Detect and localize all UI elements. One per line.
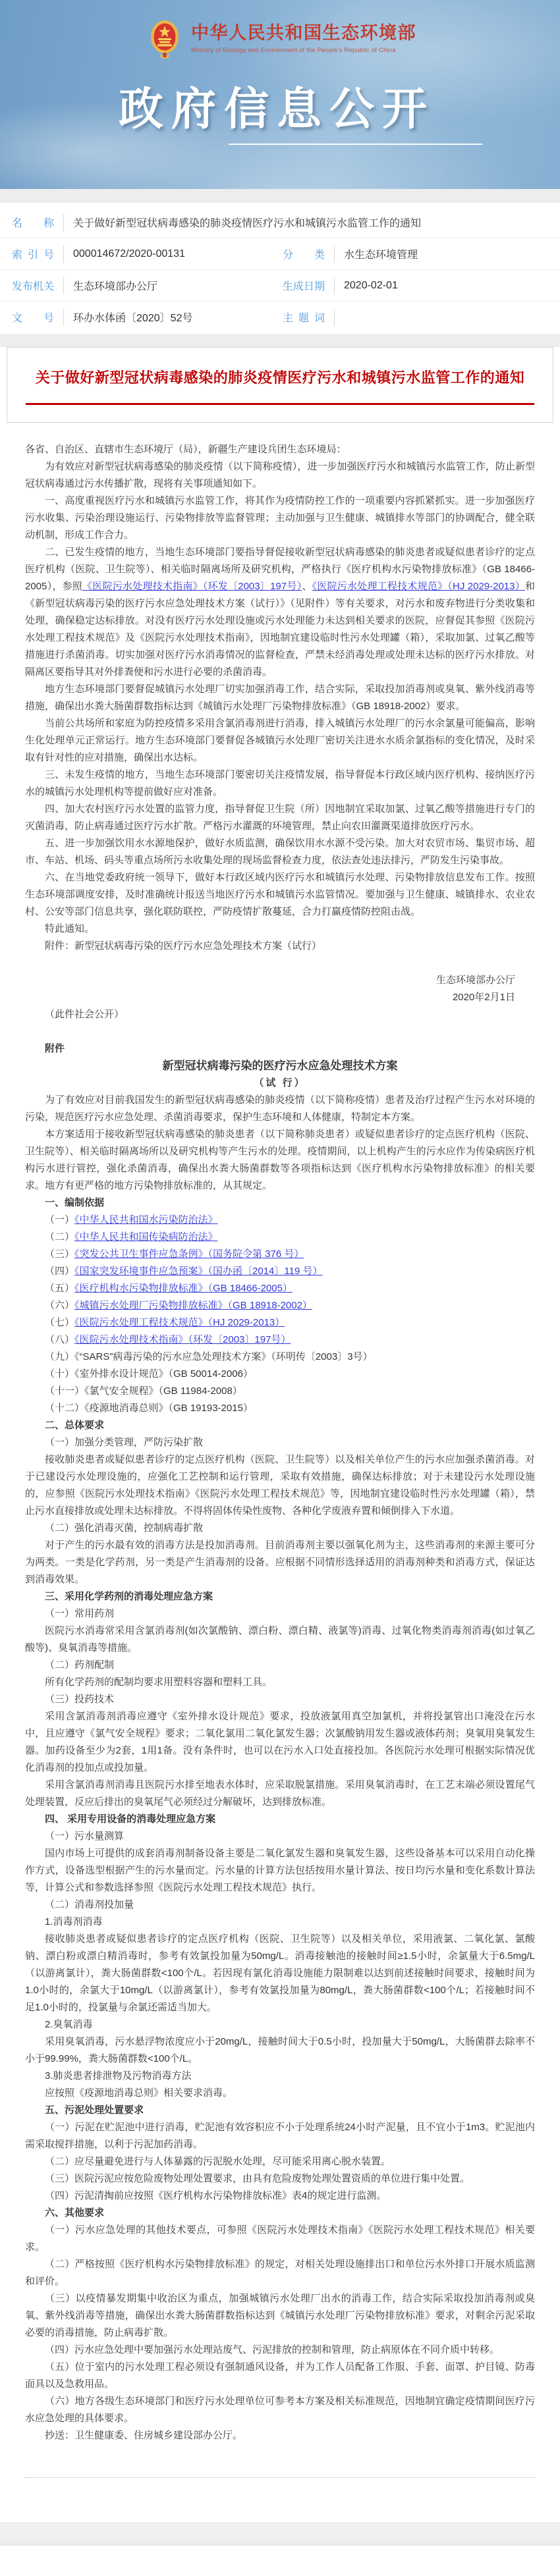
text-run: （六） (45, 1300, 74, 1311)
meta-label-issuer: 发布机关 (12, 278, 63, 293)
paragraph: （二）药剂配制 (25, 1657, 535, 1674)
text-run: （三）以疫情暴发期集中收治区为重点，加强城镇污水处理厂出水的消毒工作，结合实际采… (25, 2293, 535, 2338)
text-run: 地方生态环境部门要督促城镇污水处理厂切实加强消毒工作，结合实际，采取投加消毒剂或… (25, 684, 535, 712)
meta-row-name: 名称 关于做好新型冠状病毒感染的肺炎疫情医疗污水和城镇污水监管工作的通知 (0, 207, 560, 238)
doc-heading: 六、其他要求 (25, 2205, 535, 2222)
paragraph: （四）污水应急处理中要加强污水处理站废气、污泥排放的控制和管理，防止病原体在不同… (25, 2342, 535, 2359)
meta-label-date: 生成日期 (283, 278, 334, 293)
text-run: 和《新型冠状病毒污染的医疗污水应急处理技术方案（试行）》（见附件）等有关要求，对… (25, 581, 535, 678)
text-run: 五、进一步加强饮用水水源地保护，做好水质监测，确保饮用水水源不受污染。加大对农贸… (25, 838, 535, 866)
text-run: （一）污泥在贮泥池中进行消毒，贮泥池有效容积应不小于处理系统24小时产泥量，且不… (25, 2122, 535, 2150)
document-link[interactable]: 《城镇污水处理厂污染物排放标准》（GB 18918-2002） (74, 1300, 312, 1311)
paragraph: （一）常用药剂 (25, 1605, 535, 1623)
page-footer (0, 2523, 560, 2546)
meta-vertical-divider (63, 309, 64, 326)
doc-heading: 五、污泥处理处置要求 (25, 2102, 535, 2119)
text-run: 附件 (45, 1043, 65, 1054)
paragraph: （十一）《氯气安全规程》（GB 11984-2008） (25, 1383, 535, 1400)
paragraph: 2.臭氧消毒 (25, 2016, 535, 2033)
meta-vertical-divider (63, 214, 64, 231)
meta-value-name: 关于做好新型冠状病毒感染的肺炎疫情医疗污水和城镇污水监管工作的通知 (73, 215, 560, 230)
text-run: （四）污水应急处理中要加强污水处理站废气、污泥排放的控制和管理，防止病原体在不同… (45, 2344, 499, 2355)
text-run: 特此通知。 (45, 923, 94, 934)
text-run: 生态环境部办公厅 (436, 975, 515, 986)
text-run: （十二）《疫源地消毒总则》（GB 19193-2015） (45, 1403, 253, 1414)
meta-value-docno: 环办水体函〔2020〕52号 (73, 309, 283, 325)
text-run: 三、采用化学药剂的消毒处理应急方案 (45, 1591, 213, 1602)
paragraph: 国内市场上可提供的成套消毒剂制备设备主要是二氧化氯发生器和臭氧发生器，这些设备基… (25, 1845, 535, 1896)
document-link[interactable]: 《医院污水处理工程技术规范》（HJ 2029-2013） (312, 581, 525, 592)
paragraph: （四）污泥清掏前应按照《医疗机构水污染物排放标准》表4的规定进行监测。 (25, 2187, 535, 2205)
paragraph: 地方生态环境部门要督促城镇污水处理厂切实加强消毒工作，结合实际，采取投加消毒剂或… (25, 681, 535, 715)
meta-table: 名称 关于做好新型冠状病毒感染的肺炎疫情医疗污水和城镇污水监管工作的通知 索引号… (0, 203, 560, 334)
paragraph: 本方案适用于接收新型冠状病毒感染的肺炎患者（以下简称肺炎患者）或疑似患者诊疗的定… (25, 1126, 535, 1194)
meta-vertical-divider (334, 246, 335, 263)
paragraph: 特此通知。 (25, 921, 535, 938)
text-run: （十）《室外排水设计规范》（GB 50014-2006） (45, 1368, 253, 1380)
text-run: 一、高度重视医疗污水和城镇污水监管工作，将其作为疫情防控工作的一项重要内容抓紧抓… (25, 495, 535, 541)
paragraph: 六、在当地党委政府统一领导下，做好本行政区域内医疗污水和城镇污水处理、污染物排放… (25, 869, 535, 921)
paragraph: （十）《室外排水设计规范》（GB 50014-2006） (25, 1366, 535, 1383)
page: 中华人民共和国生态环境部 Ministry of Ecology and Env… (0, 0, 560, 2546)
text-run: （二）消毒剂投加量 (45, 1899, 134, 1910)
text-run: 对于产生的污水最有效的消毒方法是投加消毒剂。目前消毒剂主要以强氧化剂为主，这些消… (25, 1540, 535, 1585)
cc-line: 抄送：卫生健康委、住房城乡建设部办公厅。 (25, 2427, 535, 2444)
meta-row-index: 索引号 000014672/2020-00131 分类 水生态环境管理 (0, 238, 560, 270)
text-run: （试 行） (254, 1077, 306, 1088)
paragraph: 对于产生的污水最有效的消毒方法是投加消毒剂。目前消毒剂主要以强氧化剂为主，这些消… (25, 1537, 535, 1588)
paragraph: 采用含氯消毒剂消毒应遵守《室外排水设计规范》要求，投放液氯用真空加氯机，并将投氯… (25, 1708, 535, 1777)
brand-text: 中华人民共和国生态环境部 Ministry of Ecology and Env… (191, 20, 416, 54)
paragraph: 接收肺炎患者或疑似患者诊疗的定点医疗机构（医院、卫生院等）以及相关单位，采用液氯… (25, 1931, 535, 2016)
text-run: （三）医院污泥应按危险废物处理处置要求，由具有危险废物处理处置资质的单位进行集中… (45, 2173, 470, 2184)
doc-heading: 一、编制依据 (25, 1194, 535, 1212)
text-run: 应按照《疫源地消毒总则》相关要求消毒。 (45, 2087, 233, 2099)
document-link[interactable]: 《医疗机构水污染物排放标准》（GB 18466-2005） (74, 1283, 293, 1294)
text-run: （十一）《氯气安全规程》（GB 11984-2008） (45, 1385, 242, 1397)
text-run: （三）投药技术 (45, 1694, 114, 1705)
text-run: 附件：新型冠状病毒污染的医疗污水应急处理技术方案（试行） (45, 940, 322, 952)
text-run: （七） (45, 1317, 74, 1328)
meta-value-category: 水生态环境管理 (344, 246, 560, 261)
meta-value-date: 2020-02-01 (344, 280, 560, 292)
paragraph: （九）《“SARS”病毒污染的污水应急处理技术方案》（环明传〔2003〕3号） (25, 1349, 535, 1366)
paragraph: （三）医院污泥应按危险废物处理处置要求，由具有危险废物处理处置资质的单位进行集中… (25, 2170, 535, 2187)
paragraph: 二、已发生疫情的地方，当地生态环境部门要指导督促接收新型冠状病毒感染的肺炎患者或… (25, 544, 535, 681)
text-run: （五）位于室内的污水处理工程必须设有强制通风设备，并为工作人员配备工作服、手套、… (25, 2361, 535, 2390)
text-run: （五） (45, 1283, 74, 1294)
signature-line: 生态环境部办公厅 (25, 972, 535, 989)
text-run: 3.肺炎患者排泄物及污物消毒方法 (45, 2070, 192, 2081)
text-run: 四、加大农村医疗污水处置的监管力度，指导督促卫生院（所）因地制宜采取加氯、过氧乙… (25, 803, 535, 832)
meta-label-index: 索引号 (12, 246, 63, 261)
paragraph: （一）《中华人民共和国水污染防治法》 (25, 1212, 535, 1229)
meta-row-docno: 文号 环办水体函〔2020〕52号 主题词 (0, 302, 560, 333)
paragraph: 所有化学药剂的配制均要求用塑料容器和塑料工具。 (25, 1674, 535, 1691)
document-body: 各省、自治区、直辖市生态环境厅（局），新疆生产建设兵团生态环境局：为有效应对新型… (0, 423, 560, 2444)
text-run: （八） (45, 1334, 74, 1345)
paragraph: 1.消毒剂消毒 (25, 1914, 535, 1931)
paragraph: 采用臭氧消毒，污水悬浮物浓度应小于20mg/L，接触时间大于0.5小时，投加量大… (25, 2033, 535, 2068)
meta-label-name: 名称 (12, 215, 63, 230)
national-emblem-icon (150, 20, 179, 59)
attachment-subtitle: （试 行） (25, 1075, 535, 1092)
text-run: 为了有效应对目前我国发生的新型冠状病毒感染的肺炎疫情（以下简称疫情）患者及治疗过… (25, 1094, 535, 1123)
document-link[interactable]: 《中华人民共和国水污染防治法》 (74, 1214, 218, 1225)
document-link[interactable]: 《医院污水处理技术指南》（环发〔2003〕197号） (82, 581, 302, 592)
paragraph: 一、高度重视医疗污水和城镇污水监管工作，将其作为疫情防控工作的一项重要内容抓紧抓… (25, 493, 535, 544)
text-run: 各省、自治区、直辖市生态环境厅（局），新疆生产建设兵团生态环境局： (25, 444, 347, 455)
doc-heading: 二、总体要求 (25, 1417, 535, 1434)
text-run: （一）加强分类管理，严防污染扩散 (45, 1437, 203, 1448)
meta-vertical-divider (334, 309, 335, 326)
document-link[interactable]: 《中华人民共和国传染病防治法》 (74, 1231, 218, 1243)
doc-heading: 三、采用化学药剂的消毒处理应急方案 (25, 1588, 535, 1605)
paragraph: 当前公共场所和家庭为防控疫情多采用含氯消毒剂进行消毒，排入城镇污水处理厂的污水余… (25, 715, 535, 766)
text-run: 六、其他要求 (45, 2207, 104, 2218)
document-title-block: 关于做好新型冠状病毒感染的肺炎疫情医疗污水和城镇污水监管工作的通知 (7, 347, 553, 423)
paragraph: （二）应尽量避免进行与人体暴露的污泥脱水处理，尽可能采用离心脱水装置。 (25, 2153, 535, 2170)
meta-label-subject: 主题词 (283, 309, 334, 325)
separator-band (0, 334, 560, 347)
text-run: （九）《“SARS”病毒污染的污水应急处理技术方案》（环明传〔2003〕3号） (45, 1351, 373, 1362)
text-run: 一、编制依据 (45, 1197, 104, 1208)
site-header-banner: 中华人民共和国生态环境部 Ministry of Ecology and Env… (0, 0, 560, 189)
document-card: 关于做好新型冠状病毒感染的肺炎疫情医疗污水和城镇污水监管工作的通知 各省、自治区… (0, 347, 560, 2523)
text-run: 为有效应对新型冠状病毒感染的肺炎疫情（以下简称疫情），进一步加强医疗污水和城镇污… (25, 461, 535, 489)
text-run: （二） (45, 1231, 74, 1243)
paragraph: （六）《城镇污水处理厂污染物排放标准》（GB 18918-2002） (25, 1297, 535, 1314)
paragraph: （二）消毒剂投加量 (25, 1896, 535, 1914)
text-run: 采用含氯消毒剂消毒且医院污水排至地表水体时，应采取脱氯措施。采用臭氧消毒时，在工… (25, 1779, 535, 1808)
paragraph: 为有效应对新型冠状病毒感染的肺炎疫情（以下简称疫情），进一步加强医疗污水和城镇污… (25, 458, 535, 493)
paragraph: （七）《医院污水处理工程技术规范》（HJ 2029-2013） (25, 1314, 535, 1331)
text-run: （二）严格按照《医疗机构水污染物排放标准》的规定，对相关处理设施排出口和单位污水… (25, 2259, 535, 2287)
text-run: 三、未发生疫情的地方，当地生态环境部门要密切关注疫情发展，指导督促本行政区域内医… (25, 769, 535, 797)
signature-date: 2020年2月1日 (25, 989, 535, 1006)
title-underline-divider (229, 144, 482, 145)
text-run: 医院污水消毒常采用含氯消毒剂(如次氯酸钠、漂白粉、漂白精、液氯等)消毒、过氧化物… (25, 1625, 535, 1653)
text-run: 所有化学药剂的配制均要求用塑料容器和塑料工具。 (45, 1677, 272, 1688)
paragraph: 四、加大农村医疗污水处置的监管力度，指导督促卫生院（所）因地制宜采取加氯、过氧乙… (25, 801, 535, 835)
text-run: （一）常用药剂 (45, 1608, 114, 1619)
document-title: 关于做好新型冠状病毒感染的肺炎疫情医疗污水和城镇污水监管工作的通知 (26, 363, 534, 392)
text-run: 抄送：卫生健康委、住房城乡建设部办公厅。 (45, 2430, 242, 2441)
paragraph: （四）《国家突发环境事件应急预案》（国办函〔2014〕119 号） (25, 1263, 535, 1280)
paragraph: （六）地方各级生态环境部门和医疗污水处理单位可参考本方案及相关标准规范，因地制宜… (25, 2393, 535, 2427)
site-brand: 中华人民共和国生态环境部 Ministry of Ecology and Env… (150, 20, 416, 59)
attachment-title: 新型冠状病毒污染的医疗污水应急处理技术方案 (25, 1058, 535, 1075)
text-run: 六、在当地党委政府统一领导下，做好本行政区域内医疗污水和城镇污水处理、污染物排放… (25, 872, 535, 917)
page-title-gov-info-disclosure: 政府信息公开 (119, 74, 435, 138)
doc-heading: 四、 采用专用设备的消毒处理应急方案 (25, 1811, 535, 1828)
paragraph: （三）《突发公共卫生事件应急条例》（国务院令第 376 号） (25, 1246, 535, 1263)
paragraph: （一）污水量测算 (25, 1828, 535, 1845)
text-run: 接收肺炎患者或疑似患者诊疗的定点医疗机构（医院、卫生院等）以及相关单位产生的污水… (25, 1454, 535, 1516)
text-run: 2020年2月1日 (453, 992, 515, 1003)
paragraph: （五）位于室内的污水处理工程必须设有强制通风设备，并为工作人员配备工作服、手套、… (25, 2359, 535, 2393)
meta-row-issuer: 发布机关 生态环境部办公厅 生成日期 2020-02-01 (0, 270, 560, 302)
document-link[interactable]: 《突发公共卫生事件应急条例》（国务院令第 376 号） (74, 1248, 304, 1260)
paragraph: （五）《医疗机构水污染物排放标准》（GB 18466-2005） (25, 1280, 535, 1297)
text-run: 接收肺炎患者或疑似患者诊疗的定点医疗机构（医院、卫生院等）以及相关单位，采用液氯… (25, 1933, 535, 2013)
meta-vertical-divider (63, 246, 64, 263)
attachment-label: 附件 (25, 1040, 535, 1058)
document-link[interactable]: 《国家突发环境事件应急预案》（国办函〔2014〕119 号） (74, 1266, 322, 1277)
meta-value-issuer: 生态环境部办公厅 (73, 278, 283, 293)
ministry-name: 中华人民共和国生态环境部 (191, 24, 416, 43)
text-run: （三） (45, 1248, 74, 1260)
paragraph: 五、进一步加强饮用水水源地保护，做好水质监测，确保饮用水水源不受污染。加大对农贸… (25, 835, 535, 869)
text-run: 本方案适用于接收新型冠状病毒感染的肺炎患者（以下简称肺炎患者）或疑似患者诊疗的定… (25, 1129, 535, 1191)
text-run: （一）污水量测算 (45, 1831, 124, 1842)
text-run: 四、 采用专用设备的消毒处理应急方案 (45, 1813, 215, 1825)
paragraph: 接收肺炎患者或疑似患者诊疗的定点医疗机构（医院、卫生院等）以及相关单位产生的污水… (25, 1451, 535, 1520)
meta-vertical-divider (63, 277, 64, 294)
paragraph: （二）强化消毒灭菌，控制病毒扩散 (25, 1520, 535, 1537)
meta-label-category: 分类 (283, 246, 334, 261)
text-run: （六）地方各级生态环境部门和医疗污水处理单位可参考本方案及相关标准规范，因地制宜… (25, 2396, 535, 2424)
text-run: （一） (45, 1214, 74, 1225)
text-run: （四） (45, 1266, 74, 1277)
document-link[interactable]: 《医院污水处理工程技术规范》（HJ 2029-2013） (74, 1317, 285, 1328)
text-run: （二）药剂配制 (45, 1659, 114, 1671)
text-run: （一）污水应急处理的其他技术要点，可参照《医院污水处理技术指南》《医院污水处理工… (25, 2224, 535, 2253)
paragraph: （二）《中华人民共和国传染病防治法》 (25, 1229, 535, 1246)
text-run: 采用含氯消毒剂消毒应遵守《室外排水设计规范》要求，投放液氯用真空加氯机，并将投氯… (25, 1711, 535, 1773)
text-run: 、 (302, 581, 312, 592)
paragraph: （三）以疫情暴发期集中收治区为重点，加强城镇污水处理厂出水的消毒工作，结合实际采… (25, 2290, 535, 2342)
separator-band (0, 189, 560, 203)
paragraph: 三、未发生疫情的地方，当地生态环境部门要密切关注疫情发展，指导督促本行政区域内医… (25, 766, 535, 801)
paragraph: （二）严格按照《医疗机构水污染物排放标准》的规定，对相关处理设施排出口和单位污水… (25, 2256, 535, 2290)
text-run: 五、污泥处理处置要求 (45, 2105, 144, 2116)
meta-value-index: 000014672/2020-00131 (73, 248, 283, 260)
document-link[interactable]: 《医院污水处理技术指南》（环发〔2003〕197号） (74, 1334, 291, 1345)
paragraph: （一）污泥在贮泥池中进行消毒，贮泥池有效容积应不小于处理系统24小时产泥量，且不… (25, 2119, 535, 2153)
text-run: 国内市场上可提供的成套消毒剂制备设备主要是二氧化氯发生器和臭氧发生器，这些设备基… (25, 1848, 535, 1893)
text-run: 采用臭氧消毒，污水悬浮物浓度应小于20mg/L，接触时间大于0.5小时，投加量大… (25, 2036, 535, 2064)
salutation: 各省、自治区、直辖市生态环境厅（局），新疆生产建设兵团生态环境局： (25, 441, 535, 458)
document-bottom-space (0, 2478, 560, 2523)
text-run: （二）强化消毒灭菌，控制病毒扩散 (45, 1522, 203, 1534)
text-run: 二、总体要求 (45, 1420, 104, 1431)
text-run: 1.消毒剂消毒 (45, 1916, 103, 1927)
paragraph: 医院污水消毒常采用含氯消毒剂(如次氯酸钠、漂白粉、漂白精、液氯等)消毒、过氧化物… (25, 1623, 535, 1657)
text-run: 2.臭氧消毒 (45, 2019, 93, 2030)
red-divider (26, 403, 534, 405)
ministry-name-en: Ministry of Ecology and Environment of t… (191, 47, 416, 54)
text-run: （二）应尽量避免进行与人体暴露的污泥脱水处理，尽可能采用离心脱水装置。 (45, 2156, 391, 2167)
paragraph: 应按照《疫源地消毒总则》相关要求消毒。 (25, 2085, 535, 2102)
paragraph: （一）污水应急处理的其他技术要点，可参照《医院污水处理技术指南》《医院污水处理工… (25, 2222, 535, 2256)
paragraph: 为了有效应对目前我国发生的新型冠状病毒感染的肺炎疫情（以下简称疫情）患者及治疗过… (25, 1092, 535, 1126)
text-run: （此件社会公开） (45, 1009, 124, 1020)
meta-label-docno: 文号 (12, 309, 63, 325)
paragraph: （十二）《疫源地消毒总则》（GB 19193-2015） (25, 1400, 535, 1417)
paragraph: 采用含氯消毒剂消毒且医院污水排至地表水体时，应采取脱氯措施。采用臭氧消毒时，在工… (25, 1777, 535, 1811)
paragraph: （三）投药技术 (25, 1691, 535, 1708)
paragraph: （此件社会公开） (25, 1006, 535, 1023)
paragraph: 3.肺炎患者排泄物及污物消毒方法 (25, 2068, 535, 2085)
paragraph: 附件：新型冠状病毒污染的医疗污水应急处理技术方案（试行） (25, 938, 535, 955)
text-run: 当前公共场所和家庭为防控疫情多采用含氯消毒剂进行消毒，排入城镇污水处理厂的污水余… (25, 718, 535, 763)
text-run: （四）污泥清掏前应按照《医疗机构水污染物排放标准》表4的规定进行监测。 (45, 2190, 386, 2201)
paragraph: （八）《医院污水处理技术指南》（环发〔2003〕197号） (25, 1331, 535, 1349)
meta-vertical-divider (334, 277, 335, 294)
paragraph: （一）加强分类管理，严防污染扩散 (25, 1434, 535, 1451)
text-run: 新型冠状病毒污染的医疗污水应急处理技术方案 (163, 1060, 398, 1072)
